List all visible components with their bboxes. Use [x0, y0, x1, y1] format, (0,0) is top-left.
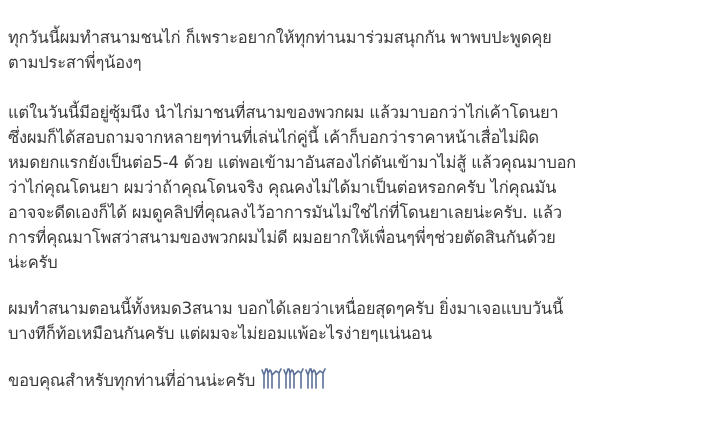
paragraph-thanks: ขอบคุณสำหรับทุกท่านที่อ่านน่ะครับ	[8, 367, 698, 396]
paragraph-complaint: แต่ในวันนี้มีอยู่ซุ้มนึง นำไก่มาชนที่สนา…	[8, 100, 698, 275]
thanks-text: ขอบคุณสำหรับทุกท่านที่อ่านน่ะครับ	[8, 371, 255, 390]
paragraph-effort: ผมทำสนามตอนนี้ทั้งหมด3สนาม บอกได้เลยว่าเ…	[8, 296, 698, 346]
paragraph-intro: ทุกวันนี้ผมทำสนามชนไก่ ก็เพราะอยากให้ทุก…	[8, 25, 698, 75]
post-body: ทุกวันนี้ผมทำสนามชนไก่ ก็เพราะอยากให้ทุก…	[0, 0, 698, 396]
raised-hands-emoticon-icon	[261, 367, 331, 396]
